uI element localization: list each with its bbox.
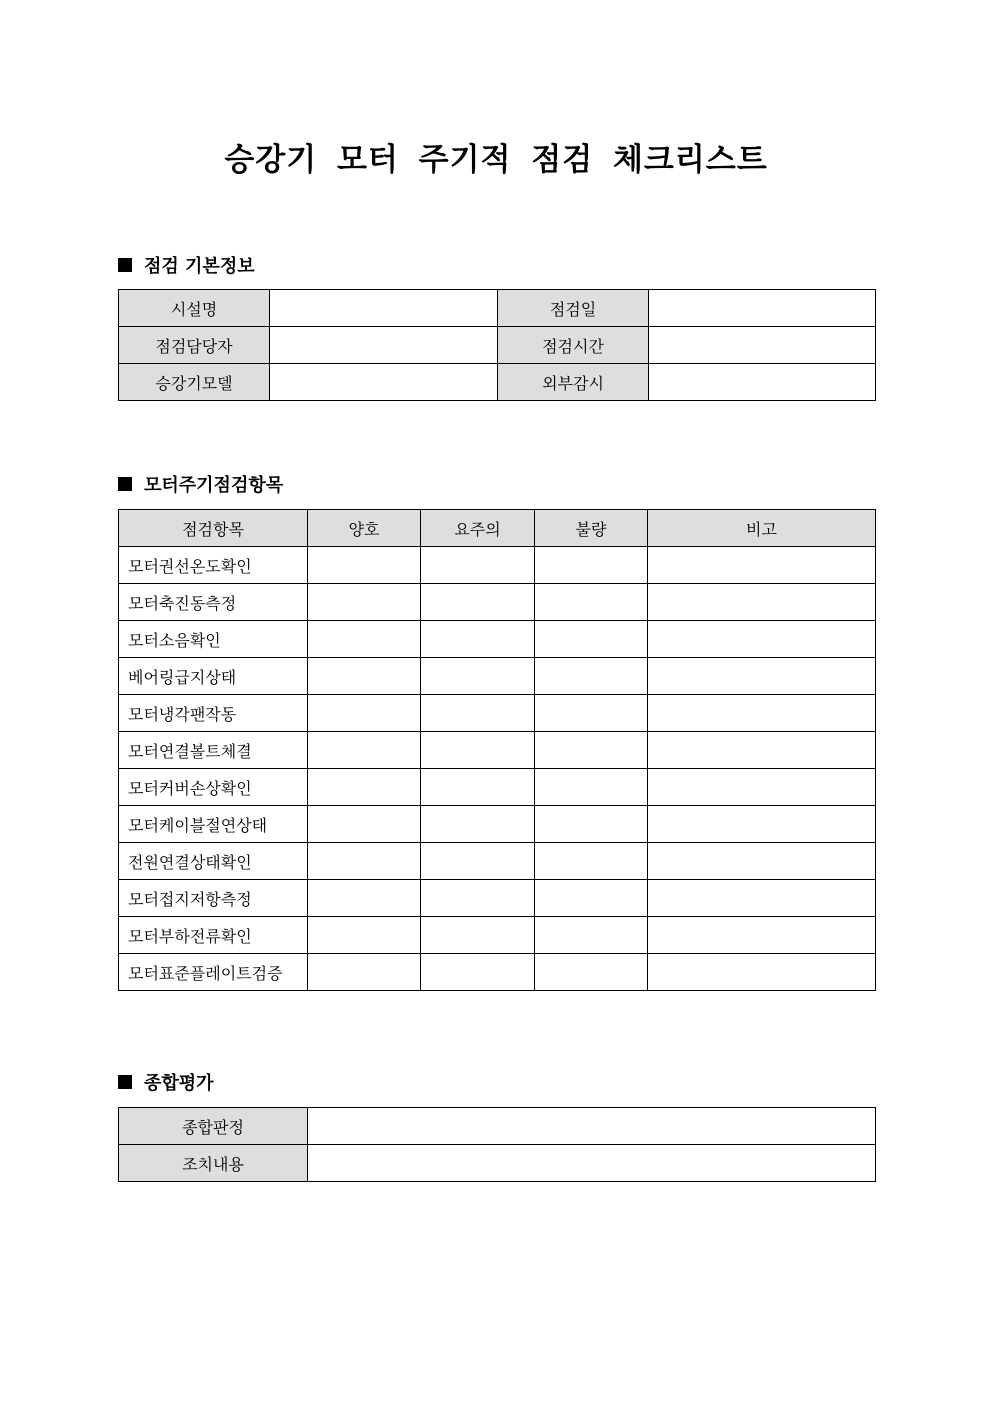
section-heading-basic-info: 점검 기본정보 [118,253,255,277]
action-taken-label: 조치내용 [119,1145,308,1182]
table-row: 전원연결상태확인 [119,843,876,880]
good-cell[interactable] [308,732,421,769]
bad-cell[interactable] [535,843,648,880]
remarks-cell[interactable] [648,621,876,658]
action-taken-field[interactable] [308,1145,876,1182]
square-bullet-icon [118,258,132,272]
caution-cell[interactable] [421,658,535,695]
overall-judgment-field[interactable] [308,1108,876,1145]
checklist-item-label: 모터연결볼트체결 [119,732,308,769]
section-heading-label: 모터주기점검항목 [144,471,283,497]
good-cell[interactable] [308,658,421,695]
section-heading-checklist: 모터주기점검항목 [118,472,283,496]
checklist-table: 점검항목 양호 요주의 불량 비고 모터권선온도확인 모터축진동측정 모터소음확… [118,509,876,991]
good-cell[interactable] [308,769,421,806]
overall-judgment-label: 종합판정 [119,1108,308,1145]
good-cell[interactable] [308,843,421,880]
bad-cell[interactable] [535,880,648,917]
inspector-label: 점검담당자 [119,327,270,364]
remarks-cell[interactable] [648,843,876,880]
table-row: 베어링급지상태 [119,658,876,695]
caution-cell[interactable] [421,732,535,769]
caution-cell[interactable] [421,954,535,991]
table-row: 시설명 점검일 [119,290,876,327]
facility-name-label: 시설명 [119,290,270,327]
remarks-cell[interactable] [648,732,876,769]
checklist-item-label: 모터소음확인 [119,621,308,658]
square-bullet-icon [118,1075,132,1089]
table-row: 모터연결볼트체결 [119,732,876,769]
external-monitoring-label: 외부감시 [498,364,649,401]
column-header-bad: 불량 [535,510,648,547]
good-cell[interactable] [308,547,421,584]
caution-cell[interactable] [421,843,535,880]
table-row: 모터축진동측정 [119,584,876,621]
checklist-item-label: 전원연결상태확인 [119,843,308,880]
caution-cell[interactable] [421,806,535,843]
bad-cell[interactable] [535,732,648,769]
table-row: 모터권선온도확인 [119,547,876,584]
inspection-time-field[interactable] [649,327,876,364]
section-heading-label: 종합평가 [144,1069,214,1095]
table-row: 종합판정 [119,1108,876,1145]
good-cell[interactable] [308,621,421,658]
bad-cell[interactable] [535,695,648,732]
section-heading-summary: 종합평가 [118,1070,214,1094]
elevator-model-field[interactable] [270,364,498,401]
table-row: 승강기모델 외부감시 [119,364,876,401]
caution-cell[interactable] [421,769,535,806]
good-cell[interactable] [308,584,421,621]
bad-cell[interactable] [535,806,648,843]
table-row: 모터표준플레이트검증 [119,954,876,991]
bad-cell[interactable] [535,584,648,621]
bad-cell[interactable] [535,621,648,658]
inspection-time-label: 점검시간 [498,327,649,364]
checklist-item-label: 모터케이블절연상태 [119,806,308,843]
external-monitoring-field[interactable] [649,364,876,401]
good-cell[interactable] [308,695,421,732]
section-heading-label: 점검 기본정보 [144,252,255,278]
caution-cell[interactable] [421,621,535,658]
table-header-row: 점검항목 양호 요주의 불량 비고 [119,510,876,547]
inspection-date-field[interactable] [649,290,876,327]
caution-cell[interactable] [421,880,535,917]
inspection-date-label: 점검일 [498,290,649,327]
remarks-cell[interactable] [648,695,876,732]
caution-cell[interactable] [421,917,535,954]
basic-info-table: 시설명 점검일 점검담당자 점검시간 승강기모델 외부감시 [118,289,876,401]
elevator-model-label: 승강기모델 [119,364,270,401]
summary-table: 종합판정 조치내용 [118,1107,876,1182]
bad-cell[interactable] [535,917,648,954]
checklist-item-label: 모터커버손상확인 [119,769,308,806]
square-bullet-icon [118,477,132,491]
table-row: 모터소음확인 [119,621,876,658]
good-cell[interactable] [308,880,421,917]
caution-cell[interactable] [421,695,535,732]
remarks-cell[interactable] [648,769,876,806]
remarks-cell[interactable] [648,806,876,843]
facility-name-field[interactable] [270,290,498,327]
remarks-cell[interactable] [648,954,876,991]
remarks-cell[interactable] [648,658,876,695]
caution-cell[interactable] [421,584,535,621]
table-row: 조치내용 [119,1145,876,1182]
checklist-item-label: 모터접지저항측정 [119,880,308,917]
checklist-item-label: 모터권선온도확인 [119,547,308,584]
checklist-item-label: 모터냉각팬작동 [119,695,308,732]
good-cell[interactable] [308,917,421,954]
remarks-cell[interactable] [648,547,876,584]
table-row: 모터커버손상확인 [119,769,876,806]
checklist-item-label: 모터축진동측정 [119,584,308,621]
remarks-cell[interactable] [648,584,876,621]
column-header-remarks: 비고 [648,510,876,547]
bad-cell[interactable] [535,547,648,584]
column-header-item: 점검항목 [119,510,308,547]
checklist-item-label: 모터표준플레이트검증 [119,954,308,991]
caution-cell[interactable] [421,547,535,584]
bad-cell[interactable] [535,658,648,695]
table-row: 모터접지저항측정 [119,880,876,917]
inspector-field[interactable] [270,327,498,364]
column-header-caution: 요주의 [421,510,535,547]
column-header-good: 양호 [308,510,421,547]
document-title: 승강기 모터 주기적 점검 체크리스트 [0,134,992,179]
table-row: 모터냉각팬작동 [119,695,876,732]
checklist-item-label: 모터부하전류확인 [119,917,308,954]
bad-cell[interactable] [535,769,648,806]
remarks-cell[interactable] [648,917,876,954]
good-cell[interactable] [308,806,421,843]
table-row: 점검담당자 점검시간 [119,327,876,364]
table-row: 모터부하전류확인 [119,917,876,954]
remarks-cell[interactable] [648,880,876,917]
bad-cell[interactable] [535,954,648,991]
table-row: 모터케이블절연상태 [119,806,876,843]
good-cell[interactable] [308,954,421,991]
checklist-item-label: 베어링급지상태 [119,658,308,695]
